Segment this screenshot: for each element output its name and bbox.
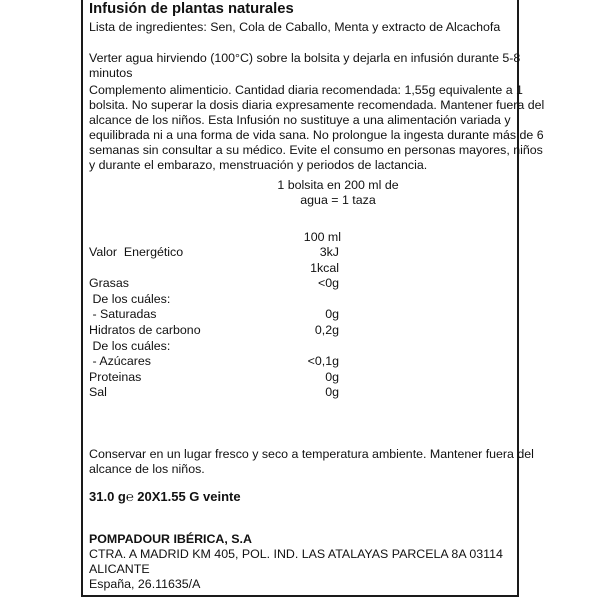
nutrient-value: <0g: [318, 276, 339, 291]
product-title: Infusión de plantas naturales: [89, 1, 294, 17]
nutrient-label: Proteinas: [89, 370, 141, 385]
warning-line: alcance de los niños. Esta Infusión no s…: [89, 113, 511, 128]
storage-line-1: Conservar en un lugar fresco y seco a te…: [89, 447, 534, 462]
nutrition-row: - Saturadas0g: [89, 307, 339, 322]
column-header: 100 ml: [304, 230, 341, 245]
nutrient-label: Sal: [89, 385, 107, 400]
company-address-line-1: CTRA. A MADRID KM 405, POL. IND. LAS ATA…: [89, 547, 503, 562]
nutrition-row: 1kcal: [89, 261, 339, 276]
warning-line: bolsita. No superar la dosis diaria expr…: [89, 98, 544, 113]
nutrient-value: 0,2g: [315, 323, 339, 338]
serving-line-2: agua = 1 taza: [238, 193, 438, 208]
nutrient-label: De los cuáles:: [89, 339, 170, 354]
nutrient-value: 0g: [325, 307, 339, 322]
nutrition-row: - Azúcares<0,1g: [89, 354, 339, 369]
nutrition-row: Hidratos de carbono0,2g: [89, 323, 339, 338]
nutrition-row: De los cuáles:: [89, 339, 339, 354]
nutrient-label: Grasas: [89, 276, 129, 291]
nutrient-label: - Azúcares: [89, 354, 151, 369]
warning-line: equilibrada ni a una forma de vida sana.…: [89, 128, 544, 143]
storage-line-2: alcance de los niños.: [89, 462, 205, 477]
warning-line: Complemento alimenticio. Cantidad diaria…: [89, 83, 523, 98]
nutrient-label: Valor Energético: [89, 245, 183, 260]
nutrient-label: Hidratos de carbono: [89, 323, 201, 338]
net-weight: 31.0 g℮ 20X1.55 G veinte: [89, 489, 241, 504]
nutrition-row: De los cuáles:: [89, 292, 339, 307]
preparation-line-2: minutos: [89, 66, 132, 81]
company-name: POMPADOUR IBÉRICA, S.A: [89, 532, 252, 547]
warning-line: semanas sin consultar a su médico. Evite…: [89, 143, 543, 158]
serving-line-1: 1 bolsita en 200 ml de: [238, 178, 438, 193]
nutrition-row: Proteinas0g: [89, 370, 339, 385]
nutrient-value: 3kJ: [320, 245, 339, 260]
company-address-line-2: ALICANTE: [89, 562, 150, 577]
nutrient-label: De los cuáles:: [89, 292, 170, 307]
nutrient-value: 0g: [325, 385, 339, 400]
nutrient-value: 1kcal: [310, 261, 339, 276]
nutrition-row: Sal0g: [89, 385, 339, 400]
warning-line: y durante el embarazo, menstruación y pe…: [89, 158, 427, 173]
nutrient-value: <0,1g: [308, 354, 339, 369]
nutrient-label: - Saturadas: [89, 307, 157, 322]
nutrition-header: 100 ml: [89, 230, 339, 245]
ingredients-list: Lista de ingredientes: Sen, Cola de Caba…: [89, 20, 500, 35]
nutrition-row: Valor Energético3kJ: [89, 245, 339, 260]
preparation-line-1: Verter agua hirviendo (100°C) sobre la b…: [89, 51, 520, 66]
nutrient-value: 0g: [325, 370, 339, 385]
nutrition-row: Grasas<0g: [89, 276, 339, 291]
registry-number: España, 26.11635/A: [89, 577, 200, 592]
